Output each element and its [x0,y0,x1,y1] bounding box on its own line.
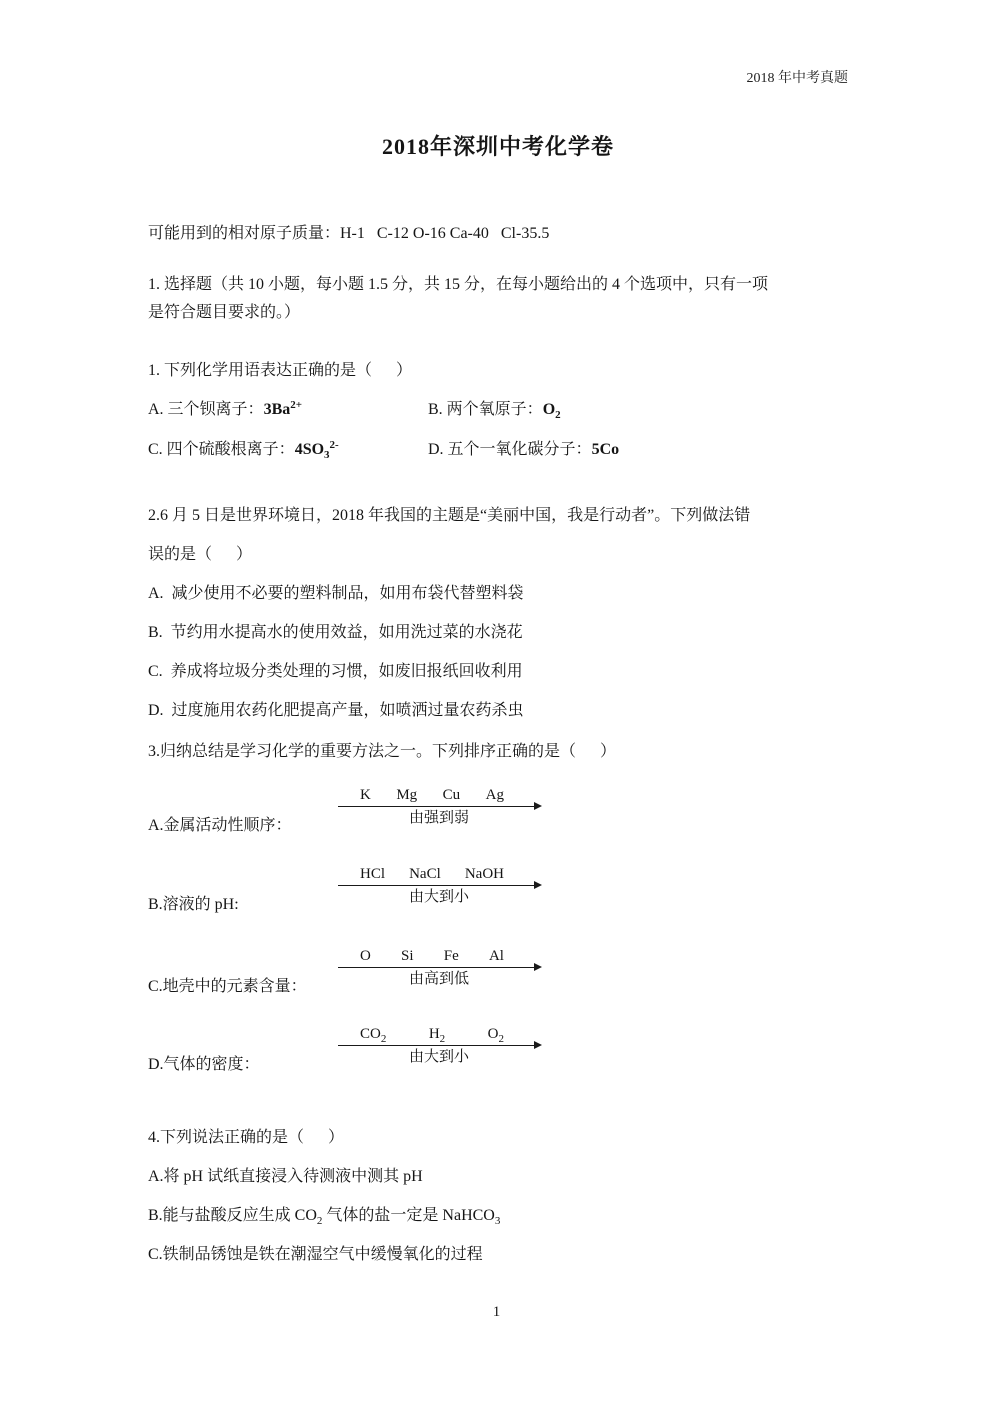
question-2-stem-line-1: 2.6 月 5 日是世界环境日，2018 年我国的主题是“美丽中国，我是行动者”… [148,496,848,535]
sequence-term: Ag [486,784,504,806]
sequence-term: Mg [396,784,417,806]
formula-superscript: 2+ [290,399,302,411]
q2-option-c: C. 养成将垃圾分类处理的习惯，如废旧报纸回收利用 [148,652,848,691]
arrow-line-icon [338,1045,540,1046]
question-4-stem: 4.下列说法正确的是（ ） [148,1118,848,1157]
arrow-line-icon [338,806,540,807]
question-1: 1. 下列化学用语表达正确的是（ ） A. 三个钡离子：3Ba2+ B. 两个氧… [148,357,848,464]
question-2-stem-line-2: 误的是（ ） [148,535,848,574]
sequence-term: K [360,784,371,806]
header-exam-tag: 2018 年中考真题 [148,70,848,88]
q3-option-c-arrow-diagram: O Si Fe Al 由高到低 [338,945,540,990]
q3-option-c-row: C.地壳中的元素含量： O Si Fe Al 由高到低 [148,945,848,990]
q3-option-d-arrow-diagram: CO2 H2 O2 由大到小 [338,1023,540,1068]
exam-document-page: 2018 年中考真题 2018年深圳中考化学卷 可能用到的相对原子质量：H-1 … [0,0,993,1404]
sequence-term: HCl [360,863,385,885]
q2-option-d: D. 过度施用农药化肥提高产量，如喷洒过量农药杀虫 [148,691,848,730]
sequence-term: O [360,945,371,967]
sequence-terms: HCl NaCl NaOH [338,863,540,885]
q3-option-a-row: A.金属活动性顺序： K Mg Cu Ag 由强到弱 [148,784,848,829]
formula-base: 5Co [592,441,620,458]
term-subscript: 2 [440,1033,446,1045]
q2-option-b: B. 节约用水提高水的使用效益，如用洗过菜的水浇花 [148,613,848,652]
question-4: 4.下列说法正确的是（ ） A.将 pH 试纸直接浸入待测液中测其 pH B.能… [148,1118,848,1274]
arrow-line-icon [338,967,540,968]
q1-option-c-label: C. 四个硫酸根离子： [148,441,295,458]
sequence-caption: 由强到弱 [338,807,540,829]
formula-subscript: 3 [495,1215,501,1227]
q1-option-a-label: A. 三个钡离子： [148,401,264,418]
section-1-instructions: 1. 选择题（共 10 小题，每小题 1.5 分，共 15 分，在每小题给出的 … [148,271,848,327]
q3-option-a-label: A.金属活动性顺序： [148,815,338,837]
q1-options-row-2: C. 四个硫酸根离子：4SO32- D. 五个一氧化碳分子：5Co [148,436,848,464]
instructions-line-1: 1. 选择题（共 10 小题，每小题 1.5 分，共 15 分，在每小题给出的 … [148,271,848,299]
sequence-term: CO2 [360,1023,386,1045]
q2-option-a: A. 减少使用不必要的塑料制品，如用布袋代替塑料袋 [148,574,848,613]
arrow-line-icon [338,885,540,886]
q4-option-c: C.铁制品锈蚀是铁在潮湿空气中缓慢氧化的过程 [148,1235,848,1274]
q3-option-a-arrow-diagram: K Mg Cu Ag 由强到弱 [338,784,540,829]
sequence-term: Cu [443,784,461,806]
q1-option-b-label: B. 两个氧原子： [428,401,543,418]
q3-option-d-label: D.气体的密度： [148,1054,338,1076]
sequence-caption: 由大到小 [338,1046,540,1068]
formula-base: 3Ba [264,401,291,418]
q1-option-c-formula: 4SO32- [295,441,339,458]
q3-option-c-label: C.地壳中的元素含量： [148,976,338,998]
q1-option-a-formula: 3Ba2+ [264,401,302,418]
q1-option-b-formula: O2 [543,401,561,418]
q3-option-b-row: B.溶液的 pH: HCl NaCl NaOH 由大到小 [148,863,848,908]
sequence-terms: O Si Fe Al [338,945,540,967]
instructions-line-2: 是符合题目要求的。） [148,299,848,327]
sequence-term: Al [489,945,504,967]
formula-base: O [543,401,555,418]
question-3-stem: 3.归纳总结是学习化学的重要方法之一。下列排序正确的是（ ） [148,738,848,766]
q1-options-row-1: A. 三个钡离子：3Ba2+ B. 两个氧原子：O2 [148,396,848,424]
q3-option-b-label: B.溶液的 pH: [148,894,338,916]
sequence-term: NaCl [409,863,441,885]
page-title: 2018年深圳中考化学卷 [148,132,848,162]
q4-option-b: B.能与盐酸反应生成 CO2 气体的盐一定是 NaHCO3 [148,1196,848,1235]
q3-option-d-row: D.气体的密度： CO2 H2 O2 由大到小 [148,1023,848,1068]
formula-base: 4SO [295,441,324,458]
q1-option-d-label: D. 五个一氧化碳分子： [428,441,592,458]
term-subscript: 2 [381,1033,387,1045]
q3-option-b-arrow-diagram: HCl NaCl NaOH 由大到小 [338,863,540,908]
sequence-term: Si [401,945,414,967]
sequence-terms: CO2 H2 O2 [338,1023,540,1045]
sequence-term: Fe [444,945,459,967]
sequence-caption: 由高到低 [338,968,540,990]
sequence-term: O2 [488,1023,504,1045]
sequence-term: NaOH [465,863,504,885]
q1-option-d: D. 五个一氧化碳分子：5Co [428,436,619,464]
question-1-stem: 1. 下列化学用语表达正确的是（ ） [148,357,848,385]
sequence-terms: K Mg Cu Ag [338,784,540,806]
q1-option-a: A. 三个钡离子：3Ba2+ [148,396,428,424]
question-2: 2.6 月 5 日是世界环境日，2018 年我国的主题是“美丽中国，我是行动者”… [148,496,848,730]
q1-option-d-formula: 5Co [592,441,620,458]
formula-superscript: 2- [330,439,339,451]
q4-option-a: A.将 pH 试纸直接浸入待测液中测其 pH [148,1157,848,1196]
term-subscript: 2 [499,1033,505,1045]
sequence-term: H2 [429,1023,445,1045]
atomic-mass-note: 可能用到的相对原子质量：H-1 C-12 O-16 Ca-40 Cl-35.5 [148,220,848,248]
page-number: 1 [0,1298,993,1326]
formula-subscript: 2 [555,409,561,421]
q1-option-c: C. 四个硫酸根离子：4SO32- [148,436,428,464]
question-3: 3.归纳总结是学习化学的重要方法之一。下列排序正确的是（ ） A.金属活动性顺序… [148,738,848,1068]
sequence-caption: 由大到小 [338,886,540,908]
q1-option-b: B. 两个氧原子：O2 [428,396,561,424]
